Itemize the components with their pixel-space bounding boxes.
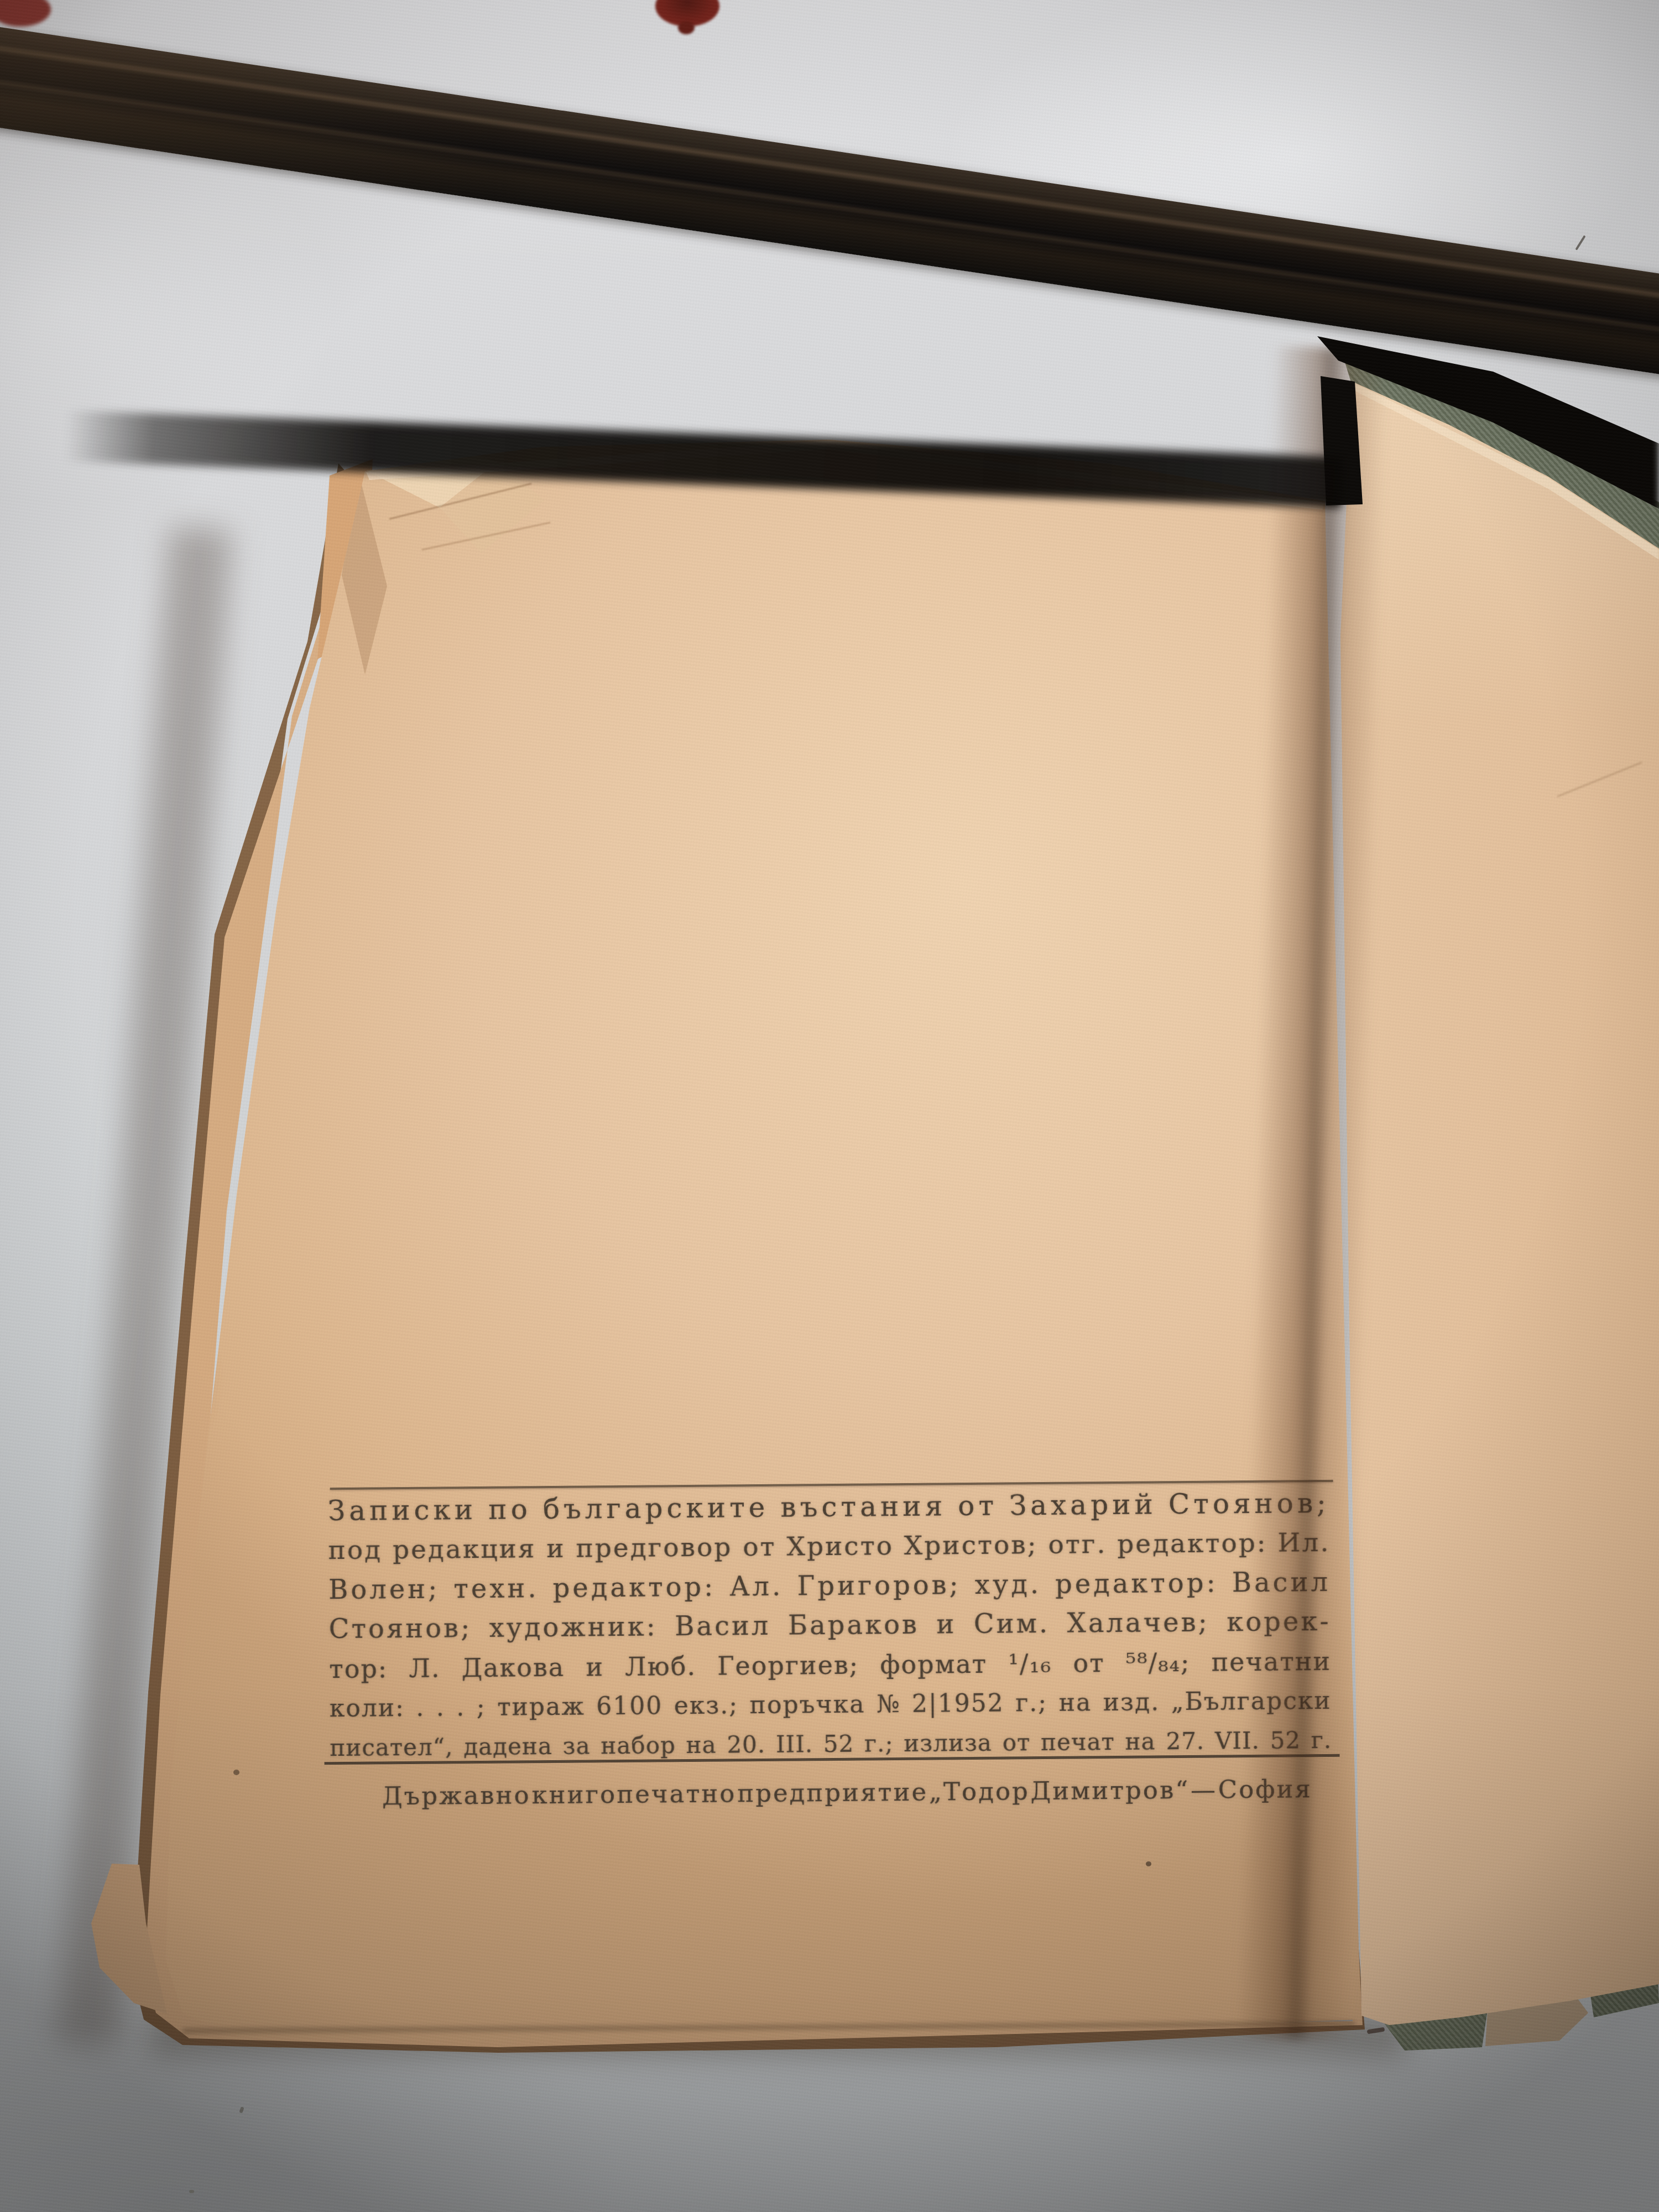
photo-grain-overlay	[0, 0, 1659, 2212]
photo-open-book: ЗапискипобългарскитевъстанияотЗахарийСто…	[0, 0, 1659, 2212]
